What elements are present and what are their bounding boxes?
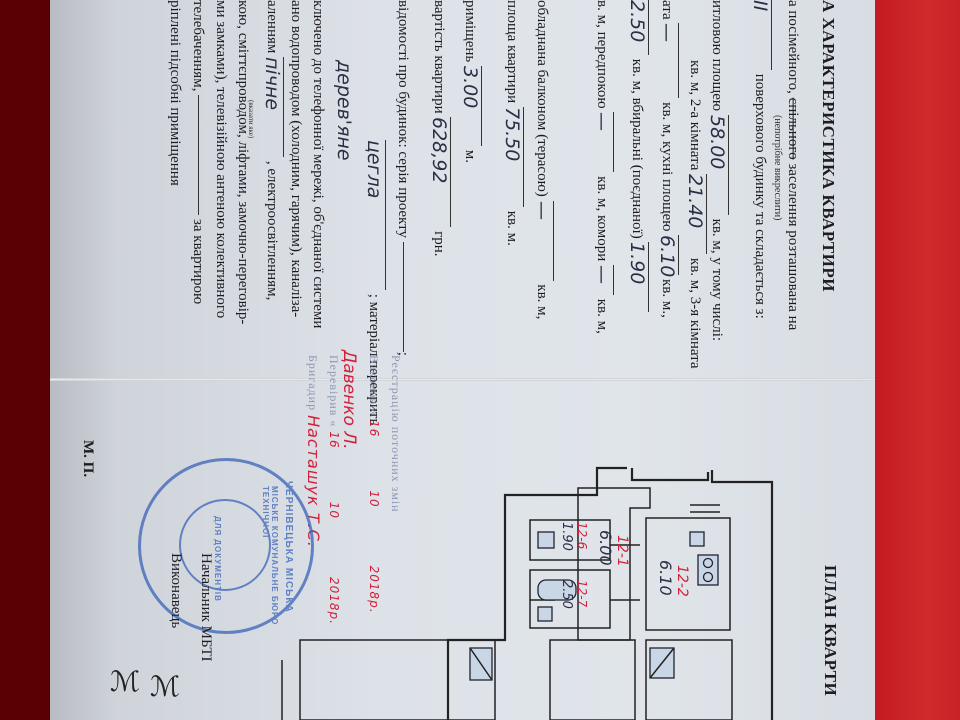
- kitchen-area-label: 6.10: [655, 560, 675, 596]
- executor-label: Виконавець: [168, 553, 183, 628]
- chief-label: Начальник МБТІ: [198, 553, 213, 662]
- hall-area-label: 6.00: [595, 530, 615, 566]
- stamp-place-label: М. П.: [80, 440, 95, 477]
- document-page: А ХАРАКТЕРИСТИКА КВАРТИРИ ПЛАН КВАРТИ а …: [50, 0, 875, 720]
- background-red-cover: [875, 0, 960, 720]
- background-left: [0, 0, 50, 720]
- bath-code: 12-7: [576, 580, 588, 607]
- signature-2: ℳ: [150, 670, 180, 703]
- official-stamp: ЧЕРНІВЕЦЬКА МІСЬКА МІСЬКЕ КОМУНАЛЬНЕ БЮР…: [138, 458, 314, 634]
- wc-code: 12-6: [576, 522, 588, 549]
- bath-area-label: 2.50: [558, 580, 575, 609]
- kitchen-code: 12-2: [675, 565, 689, 597]
- wc-area-label: 1.90: [558, 522, 575, 551]
- hall-code: 12-1: [615, 535, 629, 567]
- signature: ℳ: [110, 665, 140, 698]
